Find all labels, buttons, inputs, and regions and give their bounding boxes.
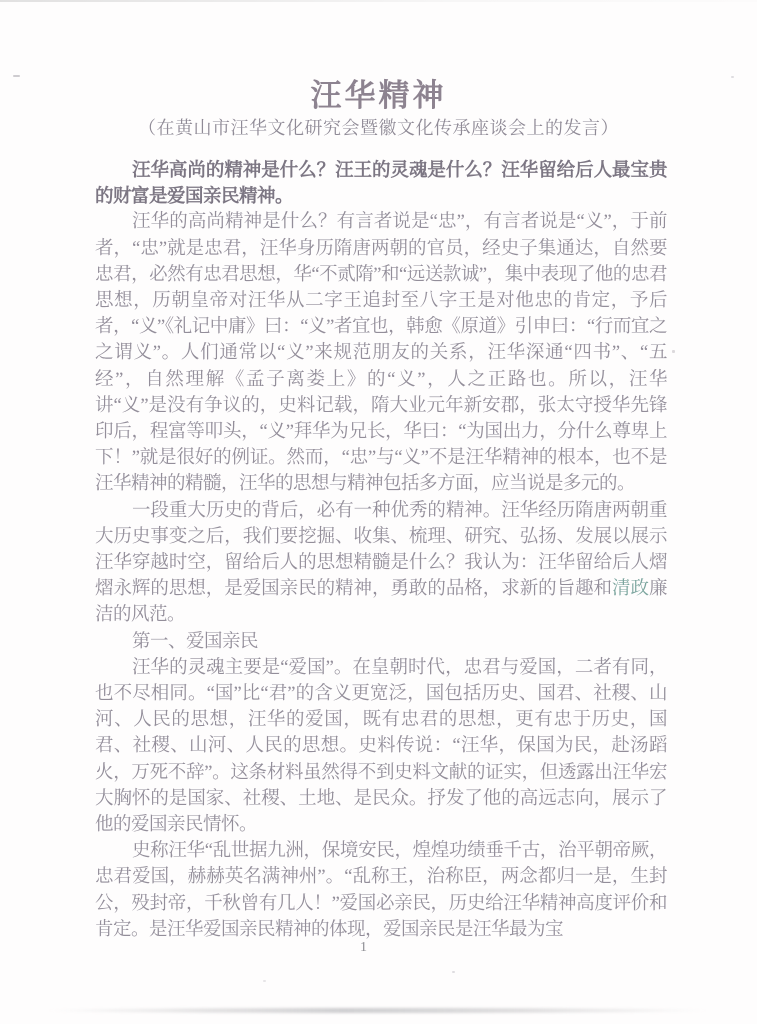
scan-top-edge-artifact [0,0,757,2]
document-title: 汪华精神 [0,70,757,115]
page-number: 1 [0,940,727,956]
paragraph-patriotism-soul: 汪华的灵魂主要是“爱国”。在皇朝时代，忠君与爱国，二者有同，也不尽相同。“国”比… [95,655,667,838]
scan-bottom-shadow [45,1008,710,1013]
lead-paragraph: 汪华高尚的精神是什么？汪王的灵魂是什么？汪华留给后人最宝贵的财富是爱国亲民精神。 [95,157,667,209]
paragraph-loyalty-righteousness: 汪华的高尚精神是什么？有言者说是“忠”，有言者说是“义”，于前者，“忠”就是忠君… [95,209,667,497]
document-body: 汪华高尚的精神是什么？汪王的灵魂是什么？汪华留给后人最宝贵的财富是爱国亲民精神。… [95,157,667,943]
tinted-scan-characters: 清政 [612,579,649,599]
section-heading-first: 第一、爱国亲民 [95,629,667,655]
paragraph-spirit-essence-text: 一段重大历史的背后，必有一种优秀的精神。汪华经历隋唐两朝重大历史事变之后，我们要… [95,501,667,600]
document-subtitle: （在黄山市汪华文化研究会暨徽文化传承座谈会上的发言） [0,114,757,140]
paragraph-historical-praise: 史称汪华“乱世据九洲，保境安民，煌煌功绩垂千古，治平朝帝厥，忠君爱国，赫赫英名满… [95,838,667,943]
scan-speck [672,350,675,353]
scanned-document-page: 汪华精神 （在黄山市汪华文化研究会暨徽文化传承座谈会上的发言） 汪华高尚的精神是… [0,0,757,1024]
scan-speck [263,980,266,982]
scan-speck [452,971,455,973]
paragraph-spirit-essence: 一段重大历史的背后，必有一种优秀的精神。汪华经历隋唐两朝重大历史事变之后，我们要… [95,498,667,629]
